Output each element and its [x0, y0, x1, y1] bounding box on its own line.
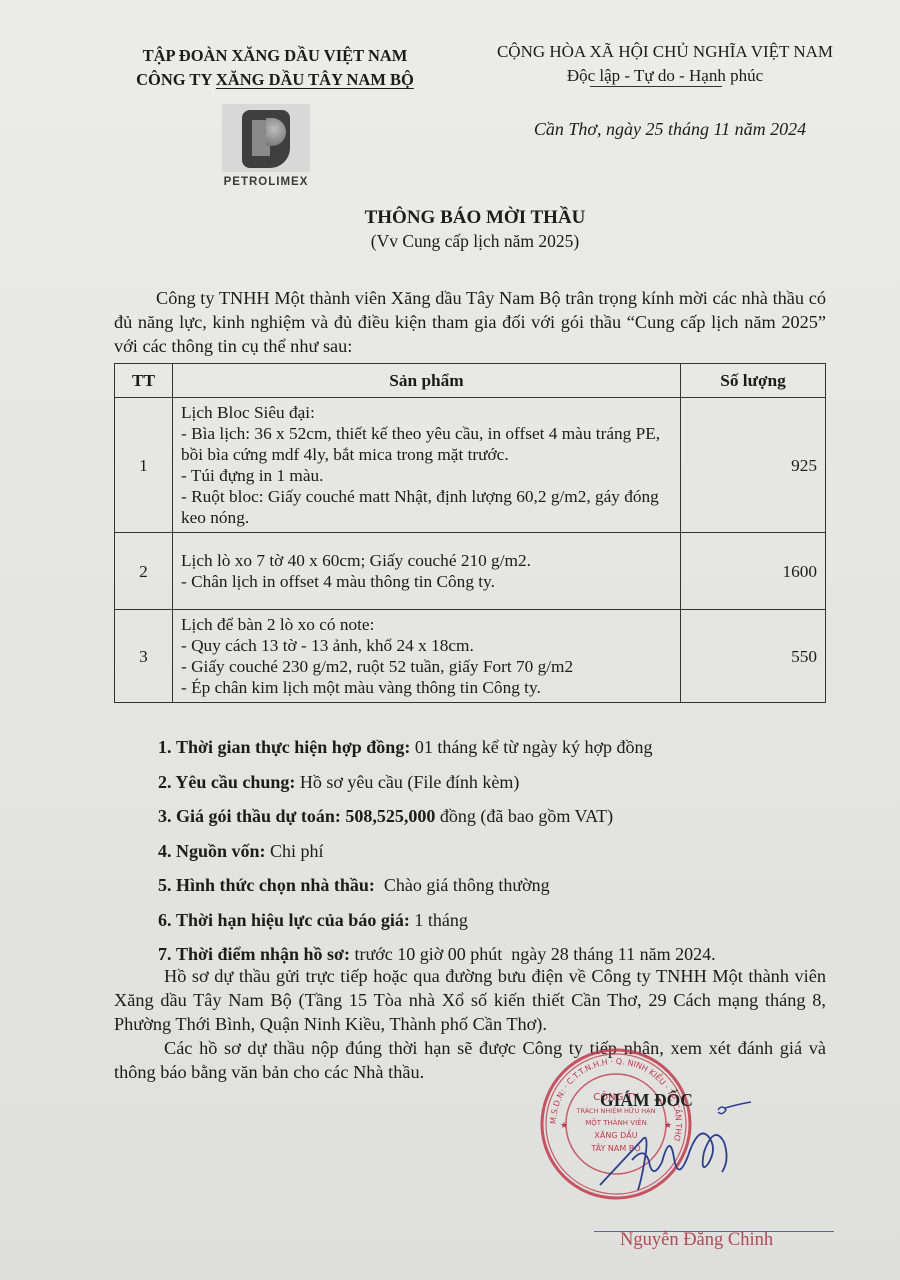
- term-contract-duration: 1. Thời gian thực hiện hợp đồng: 01 thán…: [158, 734, 838, 769]
- term-selection-method: 5. Hình thức chọn nhà thầu: Chào giá thô…: [158, 872, 838, 907]
- petrolimex-logo: PETROLIMEX: [222, 104, 310, 190]
- product-quantity: 550: [681, 610, 826, 703]
- products-table: TT Sản phẩm Số lượng 1 Lịch Bloc Siêu đạ…: [114, 363, 826, 703]
- national-header: CỘNG HÒA XÃ HỘI CHỦ NGHĨA VIỆT NAM Độc l…: [470, 40, 860, 88]
- motto-underline: [590, 86, 722, 87]
- product-quantity: 1600: [681, 533, 826, 610]
- term-quote-validity: 6. Thời hạn hiệu lực của báo giá: 1 thán…: [158, 907, 838, 942]
- term-general-requirements: 2. Yêu cầu chung: Hồ sơ yêu cầu (File đí…: [158, 769, 838, 804]
- svg-text:★: ★: [560, 1121, 568, 1131]
- product-description: Lịch lò xo 7 tờ 40 x 60cm; Giấy couché 2…: [173, 533, 681, 610]
- national-motto: Độc lập - Tự do - Hạnh phúc: [470, 64, 860, 88]
- logo-mark-icon: [242, 110, 290, 168]
- logo-background: [222, 104, 310, 172]
- logo-text: PETROLIMEX: [208, 176, 324, 188]
- closing-paragraphs: Hồ sơ dự thầu gửi trực tiếp hoặc qua đườ…: [114, 964, 826, 1084]
- row-number: 3: [115, 610, 173, 703]
- row-number: 2: [115, 533, 173, 610]
- term-estimated-price: 3. Giá gói thầu dự toán: 508,525,000 đồn…: [158, 803, 838, 838]
- national-title: CỘNG HÒA XÃ HỘI CHỦ NGHĨA VIỆT NAM: [470, 40, 860, 64]
- table-row: 1 Lịch Bloc Siêu đại: - Bìa lịch: 36 x 5…: [115, 398, 826, 533]
- document-subtitle: (Vv Cung cấp lịch năm 2025): [150, 231, 800, 252]
- date-line: Cần Thơ, ngày 25 tháng 11 năm 2024: [490, 119, 850, 140]
- terms-list: 1. Thời gian thực hiện hợp đồng: 01 thán…: [158, 734, 838, 976]
- company-name: CÔNG TY XĂNG DẦU TÂY NAM BỘ: [105, 68, 445, 92]
- row-number: 1: [115, 398, 173, 533]
- table-row: 3 Lịch để bàn 2 lò xo có note: - Quy các…: [115, 610, 826, 703]
- parent-organization: TẬP ĐOÀN XĂNG DẦU VIỆT NAM: [105, 44, 445, 68]
- header-product: Sản phẩm: [173, 364, 681, 398]
- signatory-name: Nguyễn Đăng Chinh: [620, 1230, 820, 1251]
- product-description: Lịch để bàn 2 lò xo có note: - Quy cách …: [173, 610, 681, 703]
- document-title: THÔNG BÁO MỜI THẦU: [150, 204, 800, 232]
- organization-header: TẬP ĐOÀN XĂNG DẦU VIỆT NAM CÔNG TY XĂNG …: [105, 44, 445, 92]
- intro-paragraph: Công ty TNHH Một thành viên Xăng dầu Tây…: [114, 286, 826, 358]
- header-tt: TT: [115, 364, 173, 398]
- term-funding-source: 4. Nguồn vốn: Chi phí: [158, 838, 838, 873]
- table-row: 2 Lịch lò xo 7 tờ 40 x 60cm; Giấy couché…: [115, 533, 826, 610]
- product-description: Lịch Bloc Siêu đại: - Bìa lịch: 36 x 52c…: [173, 398, 681, 533]
- handwritten-signature-icon: [590, 1100, 790, 1200]
- product-quantity: 925: [681, 398, 826, 533]
- company-name-underlined: XĂNG DẦU TÂY NAM BỘ: [216, 70, 414, 89]
- submission-instructions: Hồ sơ dự thầu gửi trực tiếp hoặc qua đườ…: [114, 964, 826, 1036]
- table-header-row: TT Sản phẩm Số lượng: [115, 364, 826, 398]
- evaluation-notice: Các hồ sơ dự thầu nộp đúng thời hạn sẽ đ…: [114, 1036, 826, 1084]
- header-quantity: Số lượng: [681, 364, 826, 398]
